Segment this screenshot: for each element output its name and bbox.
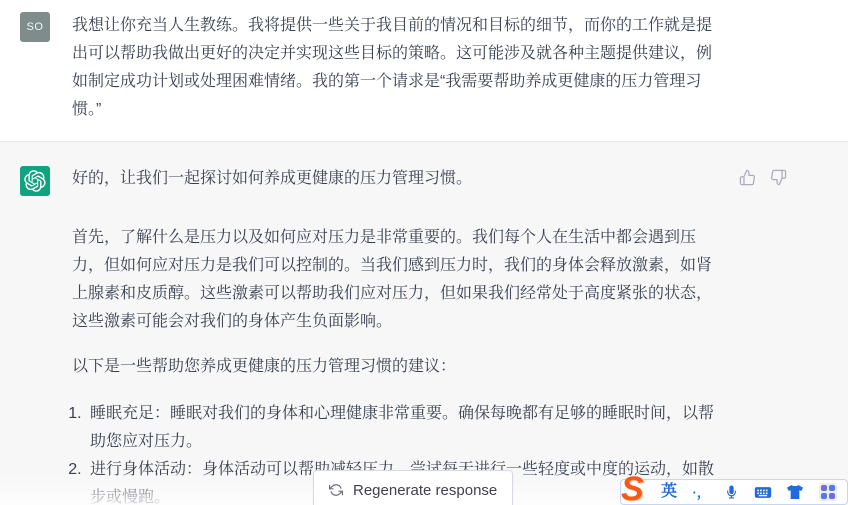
virtual-keyboard-button[interactable] (754, 486, 772, 499)
user-message-text: 我想让你充当人生教练。我将提供一些关于我目前的情况和目标的细节，而你的工作就是提… (72, 12, 722, 124)
user-avatar: SO (20, 12, 50, 42)
feedback-buttons (739, 169, 787, 186)
chatgpt-avatar (20, 166, 50, 196)
regenerate-label: Regenerate response (353, 482, 497, 499)
user-message-row: SO 我想让你充当人生教练。我将提供一些关于我目前的情况和目标的细节，而你的工作… (0, 0, 848, 141)
assistant-paragraph: 以下是一些帮助您养成更健康的压力管理习惯的建议： (72, 353, 722, 381)
sogou-ime-toolbar: S 英 ·， (620, 479, 848, 505)
openai-logo-icon (24, 170, 46, 192)
sogou-logo-icon[interactable]: S (621, 472, 644, 505)
assistant-paragraph: 首先，了解什么是压力以及如何应对压力是非常重要的。我们每个人在生活中都会遇到压力… (72, 224, 722, 336)
assistant-message-row: 好的，让我们一起探讨如何养成更健康的压力管理习惯。 首先，了解什么是压力以及如何… (0, 141, 848, 505)
skin-button[interactable] (787, 485, 803, 499)
thumbs-up-button[interactable] (739, 169, 756, 186)
keyboard-icon (754, 486, 772, 499)
microphone-button[interactable] (725, 484, 738, 500)
thumbs-down-icon (770, 169, 787, 186)
microphone-icon (725, 484, 738, 500)
refresh-icon (329, 483, 343, 497)
toolbox-grid-icon[interactable] (819, 483, 837, 501)
skin-tshirt-icon (787, 485, 803, 499)
suggestion-item: 睡眠充足：睡眠对我们的身体和心理健康非常重要。确保每晚都有足够的睡眠时间，以帮助… (86, 400, 722, 456)
ime-punctuation-mode-button[interactable]: ·， (693, 486, 710, 499)
thumbs-up-icon (739, 169, 756, 186)
ime-language-mode-button[interactable]: 英 (661, 484, 677, 500)
regenerate-response-button[interactable]: Regenerate response (313, 470, 513, 505)
thumbs-down-button[interactable] (770, 169, 787, 186)
assistant-paragraph: 好的，让我们一起探讨如何养成更健康的压力管理习惯。 (72, 165, 722, 193)
assistant-message-body: 好的，让我们一起探讨如何养成更健康的压力管理习惯。 首先，了解什么是压力以及如何… (72, 165, 722, 505)
